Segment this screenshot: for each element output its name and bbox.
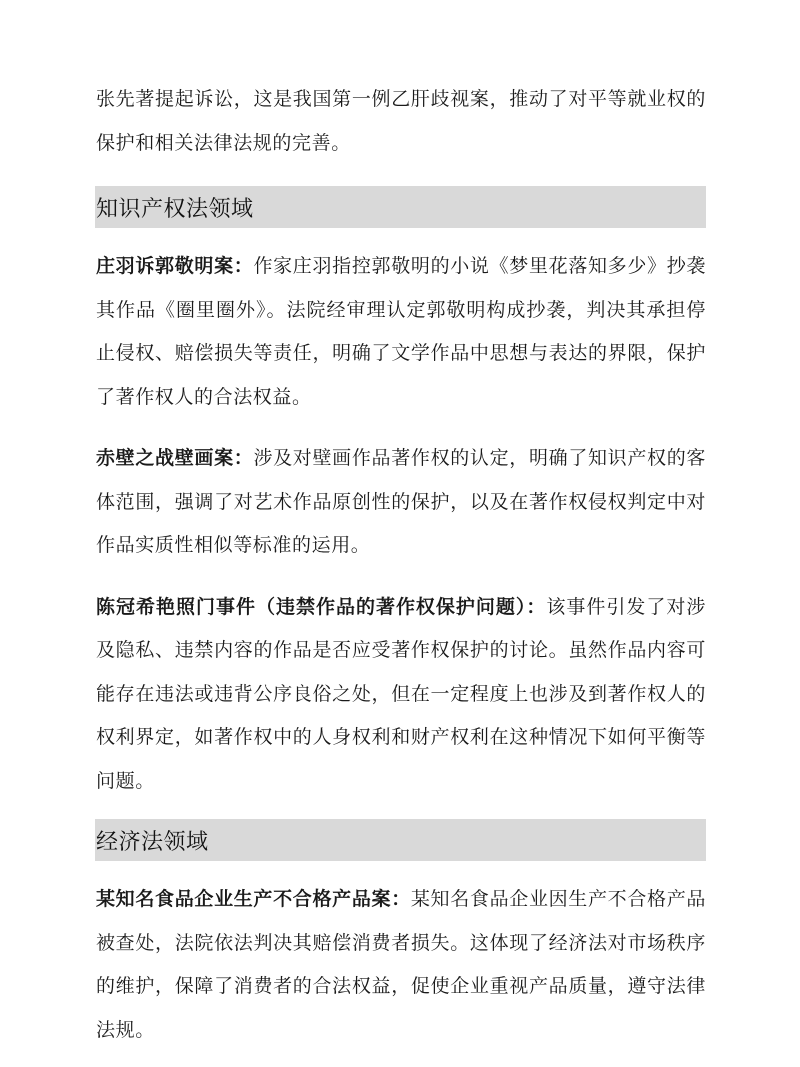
case-paragraph: 陈冠希艳照门事件（违禁作品的著作权保护问题）：该事件引发了对涉及隐私、违禁内容的…	[96, 586, 706, 804]
case-title: 陈冠希艳照门事件（违禁作品的著作权保护问题）	[96, 596, 526, 618]
case-separator: ：	[234, 255, 254, 277]
case-body: 作家庄羽指控郭敬明的小说《梦里花落知多少》抄袭其作品《圈里圈外》。法院经审理认定…	[96, 255, 706, 408]
section-header-economic-law: 经济法领域	[95, 819, 706, 861]
case-separator: ：	[391, 888, 411, 910]
case-paragraph: 庄羽诉郭敬明案：作家庄羽指控郭敬明的小说《梦里花落知多少》抄袭其作品《圈里圈外》…	[96, 245, 706, 419]
section-header-ip-law: 知识产权法领域	[95, 186, 706, 228]
document-page: 张先著提起诉讼，这是我国第一例乙肝歧视案，推动了对平等就业权的保护和相关法律法规…	[96, 78, 706, 1052]
case-body: 某知名食品企业因生产不合格产品被查处，法院依法判决其赔偿消费者损失。这体现了经济…	[96, 888, 706, 1041]
case-title: 庄羽诉郭敬明案	[96, 255, 234, 277]
intro-text: 张先著提起诉讼，这是我国第一例乙肝歧视案，推动了对平等就业权的保护和相关法律法规…	[96, 88, 706, 154]
case-paragraph: 赤壁之战壁画案：涉及对壁画作品著作权的认定，明确了知识产权的客体范围，强调了对艺…	[96, 437, 706, 568]
section-title: 知识产权法领域	[95, 192, 254, 223]
case-paragraph: 某知名食品企业生产不合格产品案：某知名食品企业因生产不合格产品被查处，法院依法判…	[96, 878, 706, 1052]
section-title: 经济法领域	[95, 825, 209, 856]
case-title: 赤壁之战壁画案	[96, 447, 234, 469]
case-separator: ：	[526, 596, 546, 618]
intro-paragraph: 张先著提起诉讼，这是我国第一例乙肝歧视案，推动了对平等就业权的保护和相关法律法规…	[96, 78, 706, 165]
case-title: 某知名食品企业生产不合格产品案	[96, 888, 391, 910]
case-separator: ：	[234, 447, 254, 469]
case-body: 该事件引发了对涉及隐私、违禁内容的作品是否应受著作权保护的讨论。虽然作品内容可能…	[96, 596, 706, 792]
